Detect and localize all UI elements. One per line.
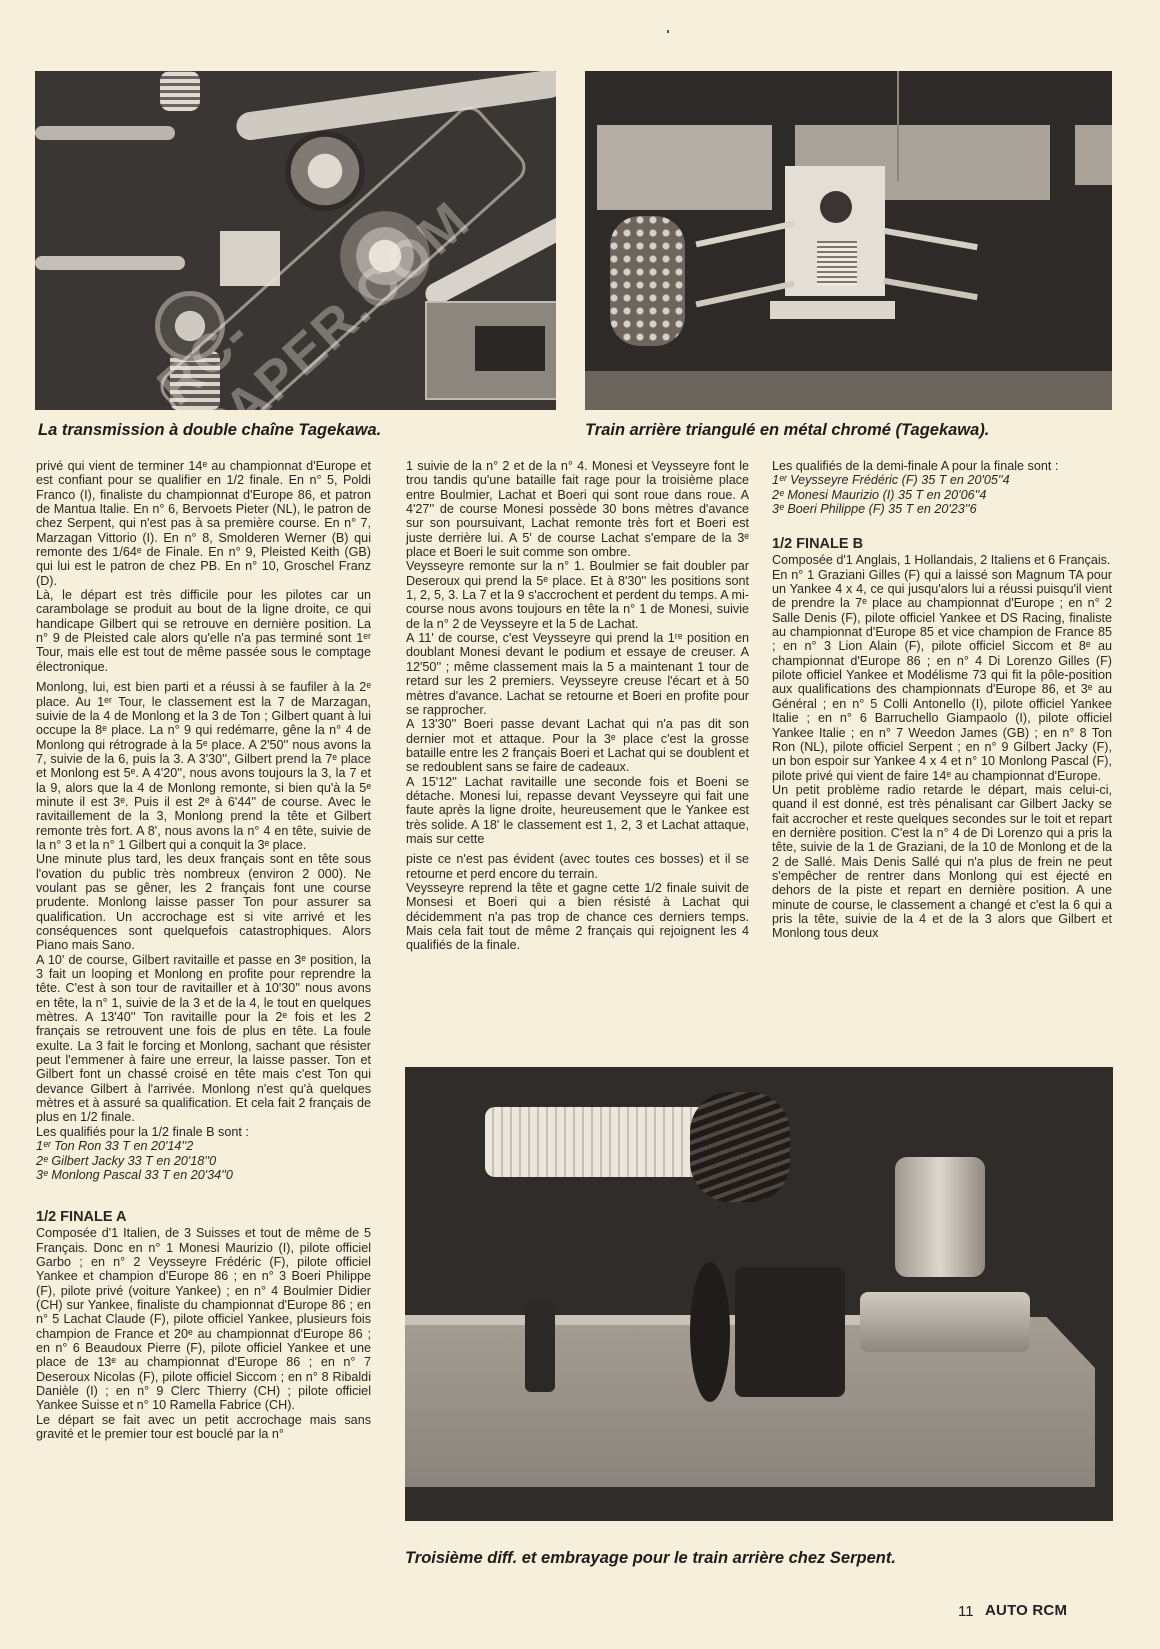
photo-detail-pipe [422, 195, 556, 308]
paragraph: Monlong, lui, est bien parti et a réussi… [36, 680, 371, 852]
paragraph: Une minute plus tard, les deux français … [36, 852, 371, 952]
photo-detail-gear [817, 241, 857, 286]
section-heading-finale-b: 1/2 FINALE B [772, 536, 1112, 553]
print-speck [667, 30, 669, 33]
paragraph: A 10' de course, Gilbert ravitaille et p… [36, 953, 371, 1125]
qualifier-row: 1ᵉʳ Ton Ron 33 T en 20'14''2 [36, 1139, 371, 1153]
caption-rear-train: Train arrière triangulé en métal chromé … [585, 421, 989, 440]
photo-detail-antenna [897, 71, 899, 181]
photo-detail-bearing [285, 131, 365, 211]
caption-diff: Troisième diff. et embrayage pour le tra… [405, 1549, 896, 1568]
photo-detail-sky [1075, 125, 1112, 185]
article-column-1: privé qui vient de terminer 14ᵉ au champ… [36, 459, 371, 1441]
qualifier-row: 2ᵉ Monesi Maurizio (I) 35 T en 20'06''4 [772, 488, 1112, 502]
paragraph: Le départ se fait avec un petit accrocha… [36, 1413, 371, 1442]
paragraph: Les qualifiés pour la 1/2 finale B sont … [36, 1125, 371, 1139]
photo-detail-pipe [235, 71, 556, 142]
paragraph: 1 suivie de la n° 2 et de la n° 4. Mones… [406, 459, 749, 559]
photo-detail-tube [35, 256, 185, 270]
paragraph: Composée d'1 Anglais, 1 Hollandais, 2 It… [772, 553, 1112, 567]
photo-diff [405, 1067, 1113, 1521]
photo-detail-gearbox-hole [820, 191, 852, 223]
paragraph: En n° 1 Graziani Gilles (F) qui a laissé… [772, 568, 1112, 783]
photo-detail-exhaust [690, 1092, 790, 1202]
photo-rear-train [585, 71, 1112, 410]
photo-detail-arm [883, 228, 978, 250]
photo-detail-spring [160, 71, 200, 111]
qualifier-row: 2ᵉ Gilbert Jacky 33 T en 20'18''0 [36, 1154, 371, 1168]
qualifiers-list-a: 1ᵉʳ Veysseyre Frédéric (F) 35 T en 20'05… [772, 473, 1112, 516]
photo-detail-bumper [770, 301, 895, 319]
magazine-name: AUTO RCM [985, 1602, 1067, 1619]
photo-detail-ground [585, 371, 1112, 410]
paragraph: piste ce n'est pas évident (avec toutes … [406, 852, 749, 881]
photo-detail-diff [735, 1267, 845, 1397]
paragraph: privé qui vient de terminer 14ᵉ au champ… [36, 459, 371, 588]
photo-detail-slot [475, 326, 545, 371]
paragraph: Composée d'1 Italien, de 3 Suisses et to… [36, 1226, 371, 1412]
photo-detail-plate [220, 231, 280, 286]
photo-detail-housing [860, 1292, 1030, 1352]
caption-transmission: La transmission à double chaîne Tagekawa… [38, 421, 381, 440]
photo-detail-clutch [690, 1262, 730, 1402]
qualifier-row: 1ᵉʳ Veysseyre Frédéric (F) 35 T en 20'05… [772, 473, 1112, 487]
paragraph: Les qualifiés de la demi-finale A pour l… [772, 459, 1112, 473]
qualifier-row: 3ᵉ Monlong Pascal 33 T en 20'34''0 [36, 1168, 371, 1182]
paragraph: Veysseyre reprend la tête et gagne cette… [406, 881, 749, 953]
photo-detail-engine [895, 1157, 985, 1277]
paragraph: A 15'12'' Lachat ravitaille une seconde … [406, 775, 749, 847]
article-column-2: 1 suivie de la n° 2 et de la n° 4. Mones… [406, 459, 749, 953]
qualifiers-list-b: 1ᵉʳ Ton Ron 33 T en 20'14''2 2ᵉ Gilbert … [36, 1139, 371, 1182]
photo-detail-sky [597, 125, 772, 210]
photo-transmission: RC-PAPER.COM [35, 71, 556, 410]
article-column-3: Les qualifiés de la demi-finale A pour l… [772, 459, 1112, 941]
photo-detail-bearing [525, 1302, 555, 1392]
page-number: 11 [958, 1603, 974, 1620]
photo-detail-pulley [155, 291, 225, 361]
photo-detail-wheel [610, 216, 685, 346]
paragraph: Un petit problème radio retarde le dépar… [772, 783, 1112, 941]
photo-detail-arm [695, 221, 794, 248]
photo-detail-tube [35, 126, 175, 140]
paragraph: A 13'30'' Boeri passe devant Lachat qui … [406, 717, 749, 774]
paragraph: Veysseyre remonte sur la n° 1. Boulmier … [406, 559, 749, 631]
photo-detail-hub [340, 211, 430, 301]
paragraph: A 11' de course, c'est Veysseyre qui pre… [406, 631, 749, 717]
photo-detail-arm [883, 278, 978, 300]
qualifier-row: 3ᵉ Boeri Philippe (F) 35 T en 20'23''6 [772, 502, 1112, 516]
paragraph: Là, le départ est très difficile pour le… [36, 588, 371, 674]
section-heading-finale-a: 1/2 FINALE A [36, 1209, 371, 1226]
